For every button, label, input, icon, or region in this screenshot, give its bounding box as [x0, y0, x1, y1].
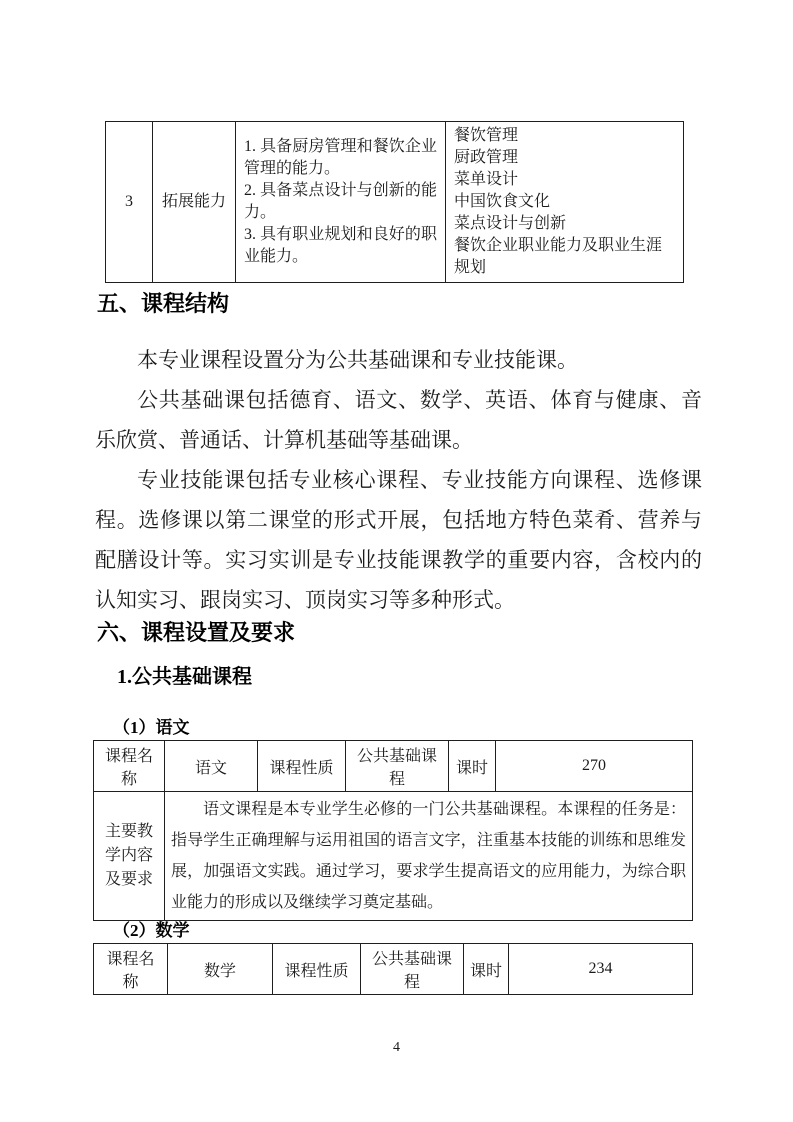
math-course-label: （2）数学 — [113, 920, 190, 942]
course-hours-label: 课时 — [449, 741, 496, 792]
page-number: 4 — [0, 1040, 793, 1056]
math-course-header-row: 课程名称 数学 课程性质 公共基础课程 课时 234 — [94, 944, 693, 995]
ability-row-requirements: 1. 具备厨房管理和餐饮企业管理的能力。 2. 具备菜点设计与创新的能力。 3.… — [236, 122, 446, 283]
document-page: 3 拓展能力 1. 具备厨房管理和餐饮企业管理的能力。 2. 具备菜点设计与创新… — [0, 0, 793, 1122]
chinese-course-table: 课程名称 语文 课程性质 公共基础课程 课时 270 主要教学内容及要求 语文课… — [93, 740, 693, 921]
course-content-cell: 语文课程是本专业学生必修的一门公共基础课程。本课程的任务是：指导学生正确理解与运… — [165, 792, 693, 921]
course-name-value: 数学 — [168, 944, 273, 995]
chinese-course-header-row: 课程名称 语文 课程性质 公共基础课程 课时 270 — [94, 741, 693, 792]
ability-row-index: 3 — [106, 122, 153, 283]
chinese-course-label: （1）语文 — [113, 717, 190, 739]
course-structure-paragraph-1: 本专业课程设置分为公共基础课和专业技能课。 — [95, 340, 702, 380]
course-hours-value: 234 — [509, 944, 693, 995]
chinese-course-content-row: 主要教学内容及要求 语文课程是本专业学生必修的一门公共基础课程。本课程的任务是：… — [94, 792, 693, 921]
course-name-value: 语文 — [165, 741, 258, 792]
course-hours-label: 课时 — [464, 944, 509, 995]
subsection1-heading: 1.公共基础课程 — [117, 664, 252, 690]
course-hours-value: 270 — [496, 741, 693, 792]
ability-row-courses: 餐饮管理 厨政管理 菜单设计 中国饮食文化 菜点设计与创新 餐饮企业职业能力及职… — [446, 122, 684, 283]
ability-table: 3 拓展能力 1. 具备厨房管理和餐饮企业管理的能力。 2. 具备菜点设计与创新… — [105, 121, 684, 283]
course-nature-label: 课程性质 — [258, 741, 346, 792]
course-nature-label: 课程性质 — [273, 944, 361, 995]
section5-heading: 五、课程结构 — [97, 290, 229, 318]
course-structure-paragraph-3: 专业技能课包括专业核心课程、专业技能方向课程、选修课程。选修课以第二课堂的形式开… — [95, 460, 702, 620]
ability-table-row: 3 拓展能力 1. 具备厨房管理和餐饮企业管理的能力。 2. 具备菜点设计与创新… — [106, 122, 684, 283]
course-nature-value: 公共基础课程 — [346, 741, 449, 792]
course-name-label: 课程名称 — [94, 944, 168, 995]
course-name-label: 课程名称 — [94, 741, 165, 792]
ability-row-name: 拓展能力 — [153, 122, 236, 283]
section6-heading: 六、课程设置及要求 — [97, 619, 295, 647]
course-structure-paragraph-2: 公共基础课包括德育、语文、数学、英语、体育与健康、音乐欣赏、普通话、计算机基础等… — [95, 380, 702, 460]
course-structure-paragraphs: 本专业课程设置分为公共基础课和专业技能课。 公共基础课包括德育、语文、数学、英语… — [95, 340, 702, 620]
course-content-text: 语文课程是本专业学生必修的一门公共基础课程。本课程的任务是：指导学生正确理解与运… — [171, 794, 686, 918]
math-course-table: 课程名称 数学 课程性质 公共基础课程 课时 234 — [93, 943, 693, 995]
course-content-label: 主要教学内容及要求 — [94, 792, 165, 921]
course-nature-value: 公共基础课程 — [361, 944, 464, 995]
